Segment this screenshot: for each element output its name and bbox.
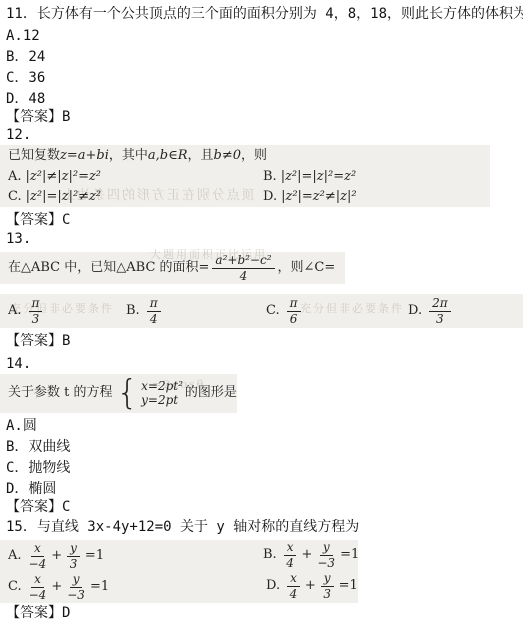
q15-option-c: C. x−4 + y−3 =1 xyxy=(8,573,111,601)
system-brace: { xyxy=(117,378,139,409)
q12-option-b-label: B. xyxy=(263,170,277,185)
q14-option-a: A.圆 xyxy=(6,418,37,434)
fraction-denominator: 3 xyxy=(436,312,444,326)
q14-parametric-system: x=2pt² y=2pt xyxy=(141,380,183,408)
q12-stem: 已知复数 z=a+bi，其中 a,b∈R，且 b≠0，则 xyxy=(8,149,267,164)
q13-option-a-fraction: π3 xyxy=(29,297,43,325)
fraction-numerator: x xyxy=(31,542,44,557)
q13-option-d-fraction: 2π3 xyxy=(429,297,451,325)
q15-option-a-fraction-1: x−4 xyxy=(29,542,47,570)
q11-option-c: C．36 xyxy=(6,70,45,86)
q14-option-b: B．双曲线 xyxy=(6,439,70,455)
q13-stem: 在△ABC 中，已知△ABC 的面积= a²+b²−c² 4 ，则∠C= xyxy=(8,252,335,284)
q15-option-a-fraction-2: y3 xyxy=(67,542,80,570)
q11-option-b: B．24 xyxy=(6,49,45,65)
q14-stem-left: 关于参数 t 的方程 xyxy=(8,386,113,401)
q12-stem-text-3: ，且 xyxy=(188,149,214,164)
fraction-numerator: a²+b²−c² xyxy=(212,254,274,269)
plus-sign: + xyxy=(51,580,62,595)
q15-option-b: B. x4 + y−3 =1 xyxy=(263,541,361,569)
fraction-numerator: y xyxy=(320,541,333,556)
equals-one: =1 xyxy=(339,579,358,594)
q15-option-c-fraction-1: x−4 xyxy=(29,573,47,601)
q15-stem: 15．与直线 3x-4y+12=0 关于 y 轴对称的直线方程为 xyxy=(6,519,359,535)
q13-option-b-label: B. xyxy=(126,304,140,319)
q13-option-c-fraction: π6 xyxy=(287,297,301,325)
fraction-denominator: 4 xyxy=(286,556,294,570)
q15-options-scan-image: A. x−4 + y3 =1 B. x4 + y−3 =1 C. x−4 + y… xyxy=(0,540,358,603)
q15-option-a: A. x−4 + y3 =1 xyxy=(8,542,106,570)
q14-scan-image: =2cosθ 关于参数 t 的方程 { x=2pt² y=2pt 的图形是 xyxy=(0,374,237,413)
exam-page: { "colors": {"bg":"#ffffff","ink":"#1414… xyxy=(0,0,523,623)
q14-stem-right: 的图形是 xyxy=(185,386,237,401)
q12-option-c: C.|z²|=|z|²≠z² xyxy=(8,190,101,205)
q15-option-c-fraction-2: y−3 xyxy=(67,573,85,601)
equals-one: =1 xyxy=(85,549,104,564)
q12-option-a: A.|z²|≠|z|²=z² xyxy=(8,170,101,185)
q13-option-b: B. π4 xyxy=(126,294,164,328)
q12-option-c-label: C. xyxy=(8,190,22,205)
q14-option-c: C．抛物线 xyxy=(6,460,70,476)
q15-option-a-label: A. xyxy=(8,549,22,564)
fraction-numerator: x xyxy=(287,572,300,587)
q13-area-fraction: a²+b²−c² 4 xyxy=(212,254,274,282)
fraction-denominator: −3 xyxy=(317,556,335,570)
plus-sign: + xyxy=(301,548,312,563)
q12-option-d-label: D. xyxy=(263,190,277,205)
q13-stem-scan-image: 大题用面积正比运用 在△ABC 中，已知△ABC 的面积= a²+b²−c² 4… xyxy=(0,252,345,284)
q15-option-d: D. x4 + y3 =1 xyxy=(266,572,360,600)
q13-answer: 【答案】B xyxy=(6,333,70,349)
fraction-denominator: −4 xyxy=(29,588,47,602)
q13-option-d-label: D. xyxy=(408,304,422,319)
q13-option-d: D. 2π3 xyxy=(408,294,454,328)
fraction-denominator: 3 xyxy=(323,587,331,601)
q15-option-b-fraction-2: y−3 xyxy=(317,541,335,569)
fraction-denominator: 4 xyxy=(150,312,158,326)
q11-option-d: D．48 xyxy=(6,91,45,107)
fraction-numerator: π xyxy=(147,297,161,312)
q12-stem-math-3: b≠0 xyxy=(214,149,242,164)
q12-option-a-math: |z²|≠|z|²=z² xyxy=(26,170,102,185)
q12-stem-math-1: z=a+bi xyxy=(60,149,109,164)
q15-answer: 【答案】D xyxy=(6,605,70,621)
fraction-denominator: 3 xyxy=(32,312,40,326)
q15-option-c-label: C. xyxy=(8,580,22,595)
q12-stem-math-2: a,b∈R xyxy=(148,149,188,164)
q15-option-d-label: D. xyxy=(266,579,280,594)
fraction-denominator: 4 xyxy=(290,587,298,601)
q15-option-d-fraction-2: y3 xyxy=(321,572,334,600)
q13-option-b-fraction: π4 xyxy=(147,297,161,325)
fraction-numerator: y xyxy=(67,542,80,557)
plus-sign: + xyxy=(305,579,316,594)
plus-sign: + xyxy=(51,549,62,564)
q13-options-scan-image: 充分但非必要条件 充分但非必要条件 A. π3 B. π4 C. π6 D. 2… xyxy=(0,294,523,328)
q11-stem: 11．长方体有一个公共顶点的三个面的面积分别为 4，8，18，则此长方体的体积为 xyxy=(6,6,523,22)
q14-stem: 关于参数 t 的方程 { x=2pt² y=2pt 的图形是 xyxy=(8,374,237,413)
q12-option-a-label: A. xyxy=(8,170,22,185)
q13-option-a: A. π3 xyxy=(8,294,45,328)
q11-option-a: A.12 xyxy=(6,28,40,44)
q12-option-d-math: |z²|=z²≠|z|² xyxy=(281,190,357,205)
q13-stem-left: 在△ABC 中，已知△ABC 的面积= xyxy=(8,261,209,276)
q12-answer: 【答案】C xyxy=(6,212,70,228)
q12-option-b-math: |z²|=|z|²=z² xyxy=(281,170,357,185)
q12-stem-text-2: ，其中 xyxy=(109,149,148,164)
q13-options-show-through-right: 充分但非必要条件 xyxy=(300,303,404,316)
equals-one: =1 xyxy=(90,580,109,595)
q15-option-b-fraction-1: x4 xyxy=(284,541,297,569)
fraction-denominator: −4 xyxy=(29,557,47,571)
q12-stem-text-4: ，则 xyxy=(241,149,267,164)
q14-system-line-2: y=2pt xyxy=(141,394,183,408)
fraction-numerator: x xyxy=(31,573,44,588)
fraction-numerator: y xyxy=(321,572,334,587)
fraction-numerator: π xyxy=(29,297,43,312)
equals-one: =1 xyxy=(340,548,359,563)
q13-option-a-label: A. xyxy=(8,304,22,319)
fraction-numerator: y xyxy=(70,573,83,588)
q12-scan-image: 已知复数 z=a+bi，其中 a,b∈R，且 b≠0，则 顶点分别在正方形的四条… xyxy=(0,145,490,207)
q13-option-c: C. π6 xyxy=(266,294,304,328)
q13-stem-right: ，则∠C= xyxy=(278,261,336,276)
q11-answer: 【答案】B xyxy=(6,109,70,125)
fraction-denominator: −3 xyxy=(67,588,85,602)
q14-number: 14. xyxy=(6,356,31,372)
q14-option-d: D．椭圆 xyxy=(6,481,56,497)
q12-stem-text-1: 已知复数 xyxy=(8,149,60,164)
fraction-denominator: 6 xyxy=(290,312,298,326)
q12-option-b: B.|z²|=|z|²=z² xyxy=(263,170,356,185)
q15-option-d-fraction-1: x4 xyxy=(287,572,300,600)
q13-option-c-label: C. xyxy=(266,304,280,319)
fraction-denominator: 3 xyxy=(70,557,78,571)
q12-option-d: D.|z²|=z²≠|z|² xyxy=(263,190,357,205)
fraction-numerator: 2π xyxy=(429,297,451,312)
q12-number: 12. xyxy=(6,127,31,143)
q14-system-line-1: x=2pt² xyxy=(141,380,183,394)
fraction-denominator: 4 xyxy=(240,269,248,283)
q14-answer: 【答案】C xyxy=(6,499,70,515)
fraction-numerator: x xyxy=(284,541,297,556)
q12-option-c-math: |z²|=|z|²≠z² xyxy=(26,190,102,205)
fraction-numerator: π xyxy=(287,297,301,312)
q15-option-b-label: B. xyxy=(263,548,277,563)
q13-number: 13. xyxy=(6,231,31,247)
